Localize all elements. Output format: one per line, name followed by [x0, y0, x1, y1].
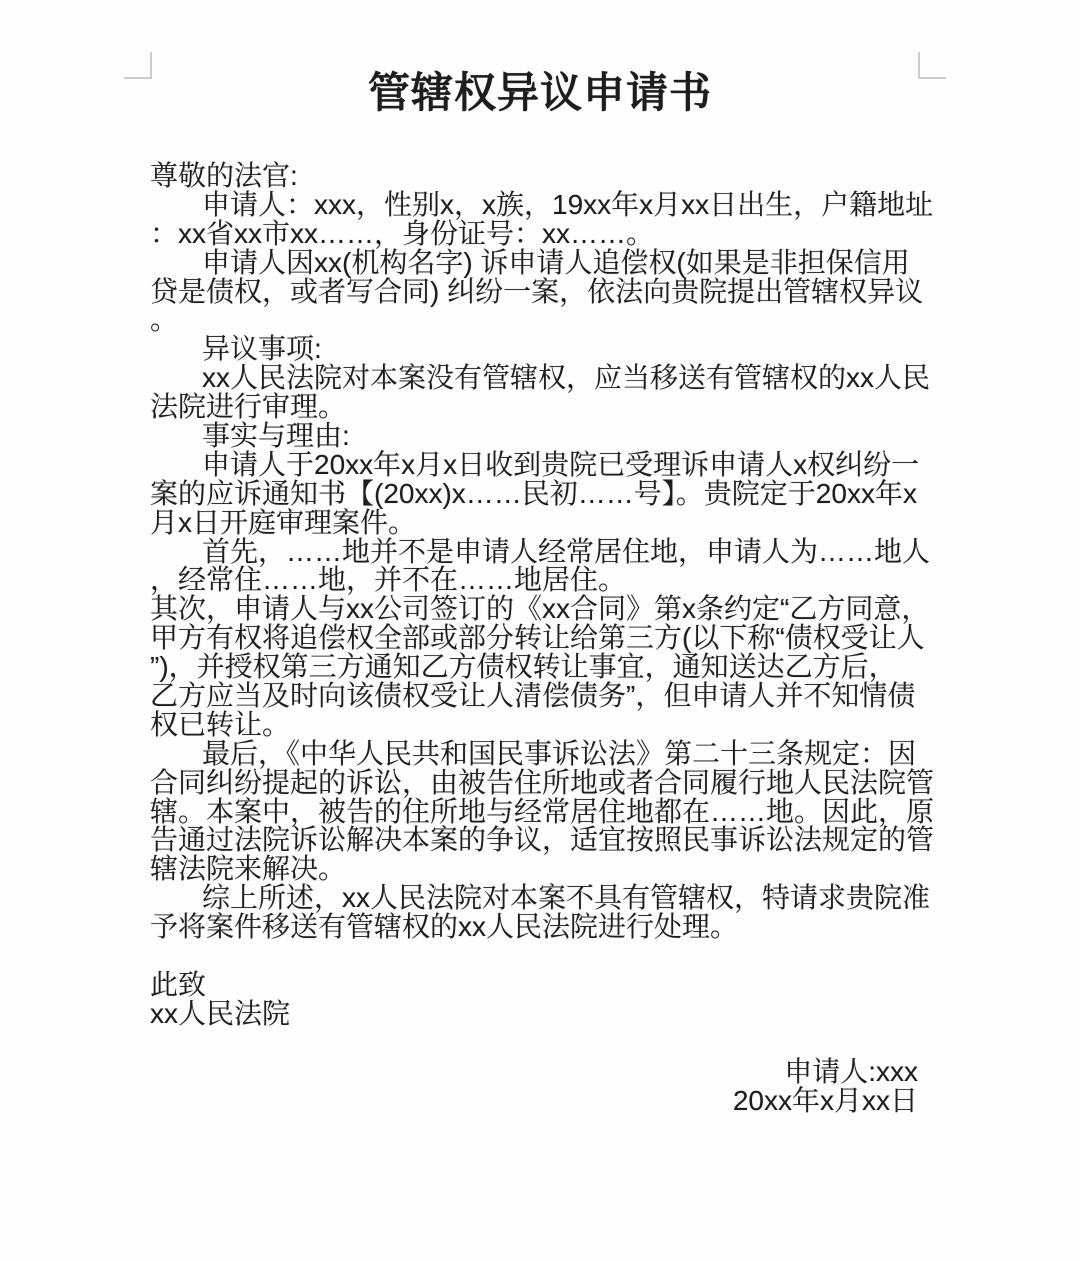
line-facts-3: 月x日开庭审理案件。	[150, 509, 918, 538]
line-facts-2: 案的应诉通知书【(20xx)x……民初……号】。贵院定于20xx年x	[150, 480, 918, 509]
line-date: 20xx年x月xx日	[150, 1087, 918, 1116]
line-first-point-2: ，经常住……地，并不在……地居住。	[150, 566, 918, 595]
line-last-point-2: 合同纠纷提起的诉讼，由被告住所地或者合同履行地人民法院管	[150, 769, 918, 798]
line-applicant-info-2: ：xx省xx市xx……，身份证号：xx……。	[150, 220, 918, 249]
line-second-point-4: 乙方应当及时向该债权受让人清偿债务”，但申请人并不知情债	[150, 682, 918, 711]
line-salutation: 尊敬的法官:	[150, 162, 918, 191]
line-last-point-1: 最后，《中华人民共和国民事诉讼法》第二十三条规定：因	[150, 740, 918, 769]
line-second-point-2: 甲方有权将追偿权全部或部分转让给第三方(以下称“债权受让人	[150, 624, 918, 653]
line-second-point-3: ”)，并授权第三方通知乙方债权转让事宜，通知送达乙方后，	[150, 653, 918, 682]
line-case-intro-2: 贷是债权，或者写合同) 纠纷一案，依法向贵院提出管辖权异议	[150, 278, 918, 307]
line-conclusion-1: 综上所述，xx人民法院对本案不具有管辖权，特请求贵院准	[150, 884, 918, 913]
line-first-point-1: 首先，……地并不是申请人经常居住地，申请人为……地人	[150, 538, 918, 567]
blank-line	[150, 942, 918, 971]
line-facts-heading: 事实与理由:	[150, 422, 918, 451]
line-objection-heading: 异议事项:	[150, 335, 918, 364]
line-signature: 申请人:xxx	[150, 1058, 918, 1087]
line-last-point-3: 辖。本案中，被告的住所地与经常居住地都在……地。因此，原	[150, 798, 918, 827]
line-objection-2: 法院进行审理。	[150, 393, 918, 422]
line-conclusion-2: 予将案件移送有管辖权的xx人民法院进行处理。	[150, 913, 918, 942]
line-objection-1: xx人民法院对本案没有管辖权，应当移送有管辖权的xx人民	[150, 364, 918, 393]
document-body: 尊敬的法官: 申请人：xxx，性别x，x族，19xx年x月xx日出生，户籍地址 …	[150, 162, 918, 1115]
line-applicant-info: 申请人：xxx，性别x，x族，19xx年x月xx日出生，户籍地址	[150, 191, 918, 220]
line-facts-1: 申请人于20xx年x月x日收到贵院已受理诉申请人x权纠纷一	[150, 451, 918, 480]
blank-line	[150, 1029, 918, 1058]
line-last-point-4: 告通过法院诉讼解决本案的争议，适宜按照民事诉讼法规定的管	[150, 826, 918, 855]
line-case-intro: 申请人因xx(机构名字) 诉申请人追偿权(如果是非担保信用	[150, 249, 918, 278]
line-case-intro-3: 。	[150, 306, 918, 335]
line-second-point-1: 其次，申请人与xx公司签订的《xx合同》第x条约定“乙方同意，	[150, 595, 918, 624]
document-title: 管辖权异议申请书	[0, 68, 1080, 118]
line-last-point-5: 辖法院来解决。	[150, 855, 918, 884]
line-court-name: xx人民法院	[150, 1000, 918, 1029]
line-cizhi: 此致	[150, 971, 918, 1000]
line-second-point-5: 权已转让。	[150, 711, 918, 740]
document-page: 管辖权异议申请书 尊敬的法官: 申请人：xxx，性别x，x族，19xx年x月xx…	[0, 0, 1080, 1261]
